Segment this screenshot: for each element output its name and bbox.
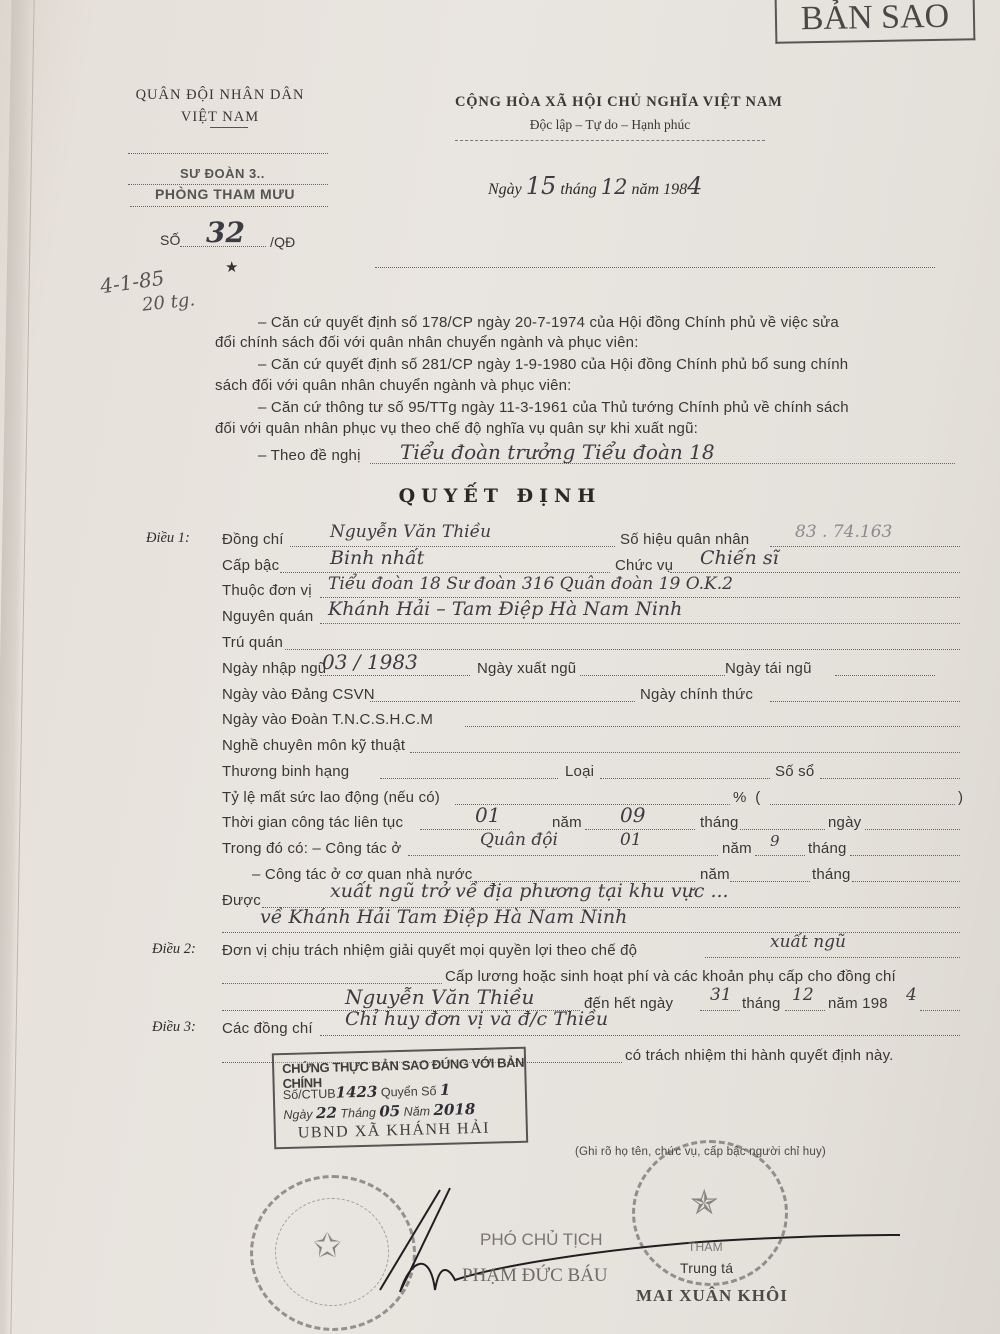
rank-value: Binh nhất [330, 547, 424, 569]
unit-label: Thuộc đơn vị [222, 582, 312, 599]
granted-label: Được [222, 892, 261, 909]
hometown-value: Khánh Hải – Tam Điệp Hà Nam Ninh [328, 598, 682, 620]
state-months-label: tháng [812, 866, 851, 883]
preamble-1-line-1: – Căn cứ quyết định số 178/CP ngày 20-7-… [258, 314, 839, 331]
of-which-years: 01 [620, 830, 642, 850]
date-prefix: Ngày [488, 181, 522, 198]
cert-number: 1423 [335, 1083, 377, 1102]
doc-number-value: 32 [206, 216, 245, 249]
dotted-line [850, 855, 960, 856]
dotted-line [130, 206, 328, 207]
certification-stamp: CHỨNG THỰC BẢN SAO ĐÚNG VỚI BẢN CHÍNH Số… [272, 1047, 528, 1150]
position-value: Chiến sĩ [700, 547, 779, 569]
star-icon: ★ [225, 258, 238, 277]
dotted-line [410, 752, 960, 753]
dotted-line [835, 675, 935, 676]
until-month: 12 [792, 985, 814, 1005]
dotted-line [730, 881, 810, 882]
dotted-line [920, 1010, 960, 1011]
dotted-line [865, 829, 960, 830]
article-3-text: Các đồng chí [222, 1020, 313, 1037]
enlist-value: 03 / 1983 [322, 650, 418, 674]
disability-label: Tỷ lệ mất sức lao động (nếu có) [222, 789, 440, 806]
signer-right-name: MAI XUÂN KHÔI [636, 1286, 788, 1306]
article-3-tail: có trách nhiệm thi hành quyết định này. [625, 1047, 894, 1064]
service-months: 09 [620, 803, 645, 827]
article-3-value: Chỉ huy đơn vị và đ/c Thiều [345, 1008, 608, 1030]
dotted-line [770, 804, 955, 805]
cert-stamp-date-line: Ngày 22 Tháng 05 Năm 2018 [283, 1100, 475, 1123]
dotted-line [222, 983, 442, 984]
signature-icon [340, 1180, 1000, 1300]
nation-motto: Độc lập – Tự do – Hạnh phúc [455, 117, 765, 133]
dotted-line [222, 932, 960, 933]
service-no-label: Số hiệu quân nhân [620, 531, 749, 548]
dotted-line [755, 855, 805, 856]
granted-line-2: về Khánh Hải Tam Điệp Hà Nam Ninh [260, 906, 627, 928]
date-year-label: năm 198 [632, 181, 688, 198]
article-2-regime-value: xuất ngũ [770, 932, 846, 952]
until-day: 31 [710, 985, 732, 1005]
position-label: Chức vụ [615, 557, 673, 574]
preamble-2-line-1: – Căn cứ quyết định số 281/CP ngày 1-9-1… [258, 356, 848, 373]
of-which-months: 9 [770, 832, 780, 850]
comrade-value: Nguyễn Văn Thiều [330, 522, 491, 542]
preamble-3-line-2: đối với quân nhân phục vụ theo chế độ ng… [215, 420, 698, 437]
days-label: ngày [828, 814, 861, 831]
signer-right-rank: Trung tá [680, 1260, 733, 1276]
dotted-line [375, 267, 935, 268]
type-label: Loại [565, 763, 594, 780]
issuer-line-1: QUÂN ĐỘI NHÂN DÂN [120, 84, 320, 106]
proposal-label: – Theo đề nghị [258, 447, 361, 464]
cert-day: 22 [316, 1104, 337, 1123]
residence-label: Trú quán [222, 634, 283, 651]
dotted-line [320, 1035, 960, 1036]
doc-number-suffix: /QĐ [270, 234, 296, 250]
article-1-label: Điều 1: [146, 530, 190, 547]
signer-left-name: PHẠM ĐỨC BÁU [462, 1265, 608, 1287]
of-which-months-label: tháng [808, 840, 847, 857]
discharge-label: Ngày xuất ngũ [477, 660, 576, 677]
article-3-label: Điều 3: [152, 1019, 196, 1036]
cert-stamp-authority: UBND XÃ KHÁNH HẢI [298, 1120, 491, 1143]
dotted-line [320, 623, 960, 624]
book-label: Số sổ [775, 763, 814, 780]
until-month-label: tháng [742, 995, 781, 1012]
issuer-line-2: VIỆT NAM [120, 106, 320, 128]
motto-underline [455, 140, 765, 141]
dotted-line [280, 572, 610, 573]
dotted-line [785, 1010, 825, 1011]
preamble-1-line-2: đổi chính sách đối với quân nhân chuyển … [215, 334, 639, 351]
unit-stamp-line-1: SƯ ĐOÀN 3.. [180, 166, 265, 181]
dotted-line [128, 184, 328, 185]
issuer-underline [210, 127, 248, 128]
dotted-line [128, 153, 328, 154]
dotted-line [852, 881, 960, 882]
reenlist-label: Ngày tái ngũ [725, 660, 812, 677]
issuer-header: QUÂN ĐỘI NHÂN DÂN VIỆT NAM [120, 84, 320, 128]
rank-label: Cấp bậc [222, 557, 279, 574]
handwritten-note-count: 20 tg. [141, 289, 196, 315]
party-label: Ngày vào Đảng CSVN [222, 686, 375, 703]
unit-value: Tiểu đoàn 18 Sư đoàn 316 Quân đoàn 19 O.… [328, 574, 733, 594]
doc-number-label: SỐ [160, 232, 181, 248]
copy-stamp: BẢN SAO [775, 0, 976, 44]
disability-close-paren: ) [958, 789, 963, 806]
service-no-value: 83 . 74.163 [795, 522, 892, 542]
enlist-label: Ngày nhập ngũ [222, 660, 326, 677]
invalid-label: Thương binh hạng [222, 763, 349, 780]
article-2-label: Điều 2: [152, 941, 196, 958]
cert-year: 2018 [433, 1100, 475, 1119]
preamble-2-line-2: sách đối với quân nhân chuyển ngành và p… [215, 377, 572, 394]
dotted-line [320, 675, 470, 676]
dotted-line [670, 572, 960, 573]
youth-label: Ngày vào Đoàn T.N.C.S.H.C.M [222, 711, 433, 728]
nation-header: CỘNG HÒA XÃ HỘI CHỦ NGHĨA VIỆT NAM Độc l… [455, 94, 765, 133]
dotted-line [770, 701, 960, 702]
official-label: Ngày chính thức [640, 686, 753, 703]
service-years: 01 [475, 803, 500, 827]
proposal-value: Tiểu đoàn trưởng Tiểu đoàn 18 [400, 440, 715, 464]
comrade-label: Đồng chí [222, 531, 284, 548]
date-line: Ngày 15 tháng 12 năm 1984 [488, 172, 702, 200]
dotted-line [600, 778, 770, 779]
disability-percent: % ( [733, 789, 760, 806]
date-year-digit: 4 [687, 172, 702, 200]
service-time-label: Thời gian công tác liên tục [222, 814, 403, 831]
page-edge [0, 0, 35, 1334]
decision-title: QUYẾT ĐỊNH [0, 485, 1000, 507]
dotted-line [380, 778, 558, 779]
cert-book: 1 [440, 1081, 451, 1099]
signer-left-title: PHÓ CHỦ TỊCH [480, 1230, 602, 1250]
dotted-line [705, 957, 960, 958]
skill-label: Nghề chuyên môn kỹ thuật [222, 737, 405, 754]
dotted-line [770, 546, 960, 547]
dotted-line [820, 778, 960, 779]
date-month-label: tháng [560, 181, 596, 198]
article-2-text-2: Cấp lương hoặc sinh hoạt phí và các khoả… [445, 968, 896, 985]
date-month: 12 [601, 175, 628, 199]
of-which-value: Quân đội [480, 830, 558, 850]
seal-text: THAM [688, 1240, 723, 1254]
dotted-line [580, 675, 725, 676]
dotted-line [465, 726, 960, 727]
hometown-label: Nguyên quán [222, 608, 313, 625]
granted-line-1: xuất ngũ trở về địa phương tại khu vực .… [330, 880, 729, 902]
of-which-label: Trong đó có: – Công tác ở [222, 840, 401, 857]
article-2-name-value: Nguyễn Văn Thiều [345, 985, 534, 1009]
dotted-line [700, 1010, 740, 1011]
until-year-digit: 4 [906, 985, 917, 1005]
nation-title: CỘNG HÒA XÃ HỘI CHỦ NGHĨA VIỆT NAM [455, 94, 765, 111]
article-2-text-1: Đơn vị chịu trách nhiệm giải quyết mọi q… [222, 942, 637, 959]
of-which-years-label: năm [722, 840, 752, 857]
dotted-line [370, 701, 635, 702]
preamble-3-line-1: – Căn cứ thông tư số 95/TTg ngày 11-3-19… [258, 399, 849, 416]
years-label: năm [552, 814, 582, 831]
unit-stamp-line-2: PHÒNG THAM MƯU [155, 186, 295, 202]
date-day: 15 [526, 172, 557, 200]
cert-month: 05 [379, 1102, 400, 1121]
dotted-line [408, 855, 718, 856]
dotted-line [740, 829, 825, 830]
star-icon: ✩ [313, 1226, 342, 1266]
cert-stamp-number-line: Số/CTUB1423 Quyển Số 1 [283, 1081, 451, 1103]
months-label: tháng [700, 814, 739, 831]
until-year-label: năm 198 [828, 995, 888, 1012]
